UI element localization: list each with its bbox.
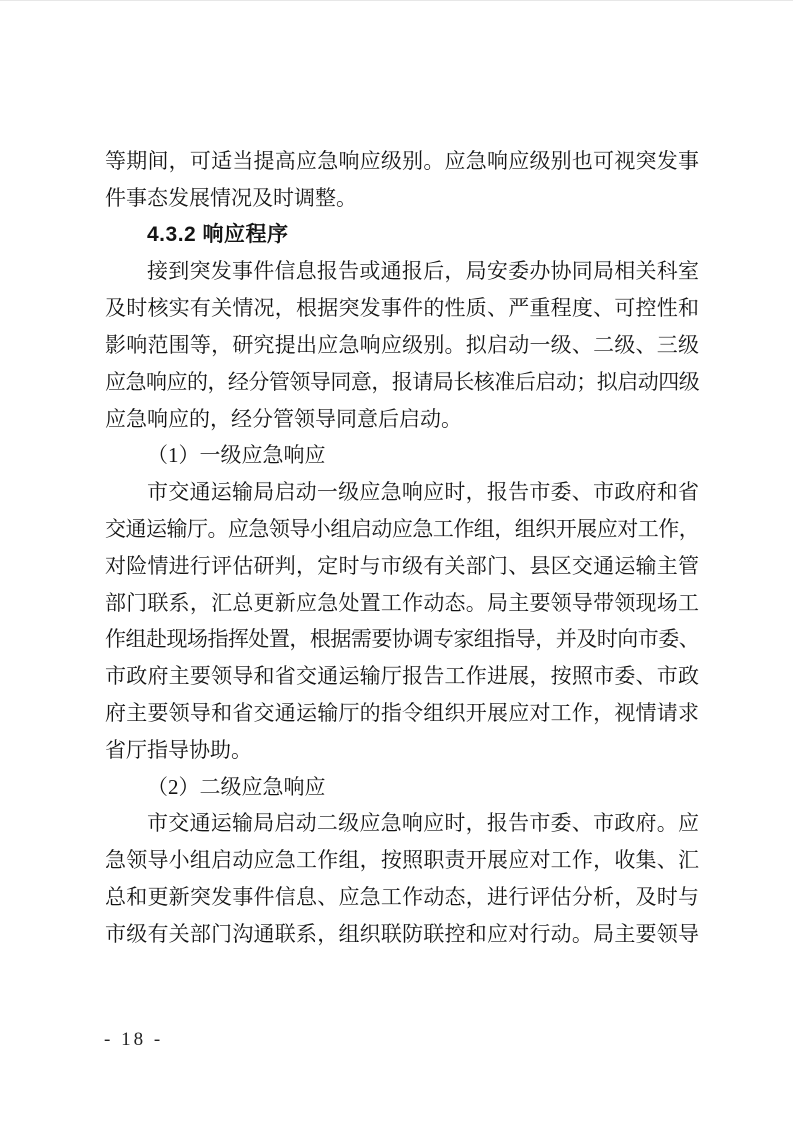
text-line: 市级有关部门沟通联系，组织联防联控和应对行动。局主要领导 (105, 916, 699, 953)
text-line: 对险情进行评估研判，定时与市级有关部门、县区交通运输主管 (105, 548, 699, 585)
page-number: - 18 - (104, 1029, 163, 1051)
text-line: 影响范围等，研究提出应急响应级别。拟启动一级、二级、三级 (105, 327, 699, 364)
text-line: 及时核实有关情况，根据突发事件的性质、严重程度、可控性和 (105, 290, 699, 327)
section-heading: 4.3.2 响应程序 (105, 217, 699, 254)
text-line: 市政府主要领导和省交通运输厅报告工作进展，按照市委、市政 (105, 658, 699, 695)
list-item-label: （1）一级应急响应 (105, 437, 699, 474)
text-line: 市交通运输局启动二级应急响应时，报告市委、市政府。应 (105, 805, 699, 842)
text-line: 应急响应的，经分管领导同意后启动。 (105, 401, 699, 438)
text-line: 府主要领导和省交通运输厅的指令组织开展应对工作，视情请求 (105, 695, 699, 732)
text-line: 总和更新突发事件信息、应急工作动态，进行评估分析，及时与 (105, 879, 699, 916)
text-line: 省厅指导协助。 (105, 732, 699, 769)
text-line: 急领导小组启动应急工作组，按照职责开展应对工作，收集、汇 (105, 842, 699, 879)
scan-edge-artifact (0, 0, 793, 1)
text-line: 件事态发展情况及时调整。 (105, 180, 699, 217)
document-text-block: 等期间，可适当提高应急响应级别。应急响应级别也可视突发事 件事态发展情况及时调整… (105, 143, 699, 953)
text-line: 应急响应的，经分管领导同意，报请局长核准后启动；拟启动四级 (105, 364, 699, 401)
document-page: 等期间，可适当提高应急响应级别。应急响应级别也可视突发事 件事态发展情况及时调整… (0, 0, 793, 1122)
list-item-label: （2）二级应急响应 (105, 769, 699, 806)
text-line: 市交通运输局启动一级应急响应时，报告市委、市政府和省 (105, 474, 699, 511)
text-line: 等期间，可适当提高应急响应级别。应急响应级别也可视突发事 (105, 143, 699, 180)
text-line: 作组赴现场指挥处置，根据需要协调专家组指导，并及时向市委、 (105, 621, 699, 658)
text-line: 部门联系，汇总更新应急处置工作动态。局主要领导带领现场工 (105, 585, 699, 622)
text-line: 接到突发事件信息报告或通报后，局安委办协同局相关科室 (105, 253, 699, 290)
text-line: 交通运输厅。应急领导小组启动应急工作组，组织开展应对工作， (105, 511, 699, 548)
